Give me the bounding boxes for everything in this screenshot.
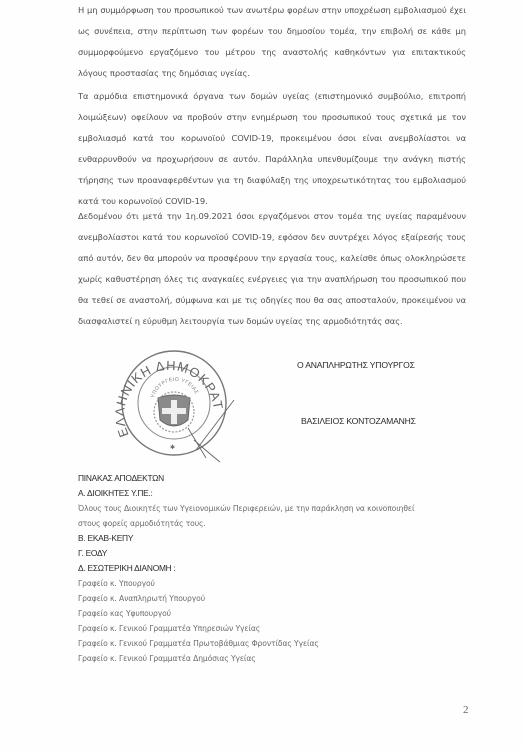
recipients-section-a-text: Όλους τους Διοικητές των Υγειονομικών Πε… <box>78 501 478 516</box>
recipients-section-c: Γ. ΕΟΔΥ <box>78 546 478 561</box>
page-number: 2 <box>463 704 469 716</box>
paragraph-text: Δεδομένου ότι μετά την 1η.09.2021 όσοι ε… <box>78 206 466 332</box>
paragraph-noncompliance: Η μη συμμόρφωση του προσωπικού των ανωτέ… <box>78 0 466 84</box>
list-item: Γραφείο κ. Αναπληρωτή Υπουργού <box>78 591 478 606</box>
list-item: Γραφείο κ. Γενικού Γραμματέα Δημόσιας Υγ… <box>78 651 478 666</box>
list-item: Γραφείο κ. Γενικού Γραμματέα Πρωτοβάθμια… <box>78 636 478 651</box>
recipients-section-d: Δ. ΕΣΩΤΕΡΙΚΗ ΔΙΑΝΟΜΗ : <box>78 561 478 576</box>
paragraph-text: Τα αρμόδια επιστημονικά όργανα των δομών… <box>78 86 466 212</box>
recipients-heading: ΠΙΝΑΚΑΣ ΑΠΟΔΕΚΤΩΝ <box>78 471 478 486</box>
document-page: Η μη συμμόρφωση του προσωπικού των ανωτέ… <box>0 0 523 750</box>
paragraph-text: Η μη συμμόρφωση του προσωπικού των ανωτέ… <box>78 0 466 84</box>
signatory-title: Ο ΑΝΑΠΛΗΡΩΤΗΣ ΥΠΟΥΡΓΟΣ <box>297 360 415 370</box>
recipients-section-a-text: στους φορείς αρμοδιότητάς τους. <box>78 516 478 531</box>
paragraph-scientific-bodies: Τα αρμόδια επιστημονικά όργανα των δομών… <box>78 86 466 212</box>
recipients-list: ΠΙΝΑΚΑΣ ΑΠΟΔΕΚΤΩΝ Α. ΔΙΟΙΚΗΤΕΣ Υ.ΠΕ.: Όλ… <box>78 471 478 666</box>
list-item: Γραφείο κ. Υπουργού <box>78 576 478 591</box>
recipients-section-b: Β. ΕΚΑΒ-ΚΕΠΥ <box>78 531 478 546</box>
svg-text:✱: ✱ <box>170 444 175 451</box>
list-item: Γραφείο κ. Γενικού Γραμματέα Υπηρεσιών Υ… <box>78 621 478 636</box>
official-seal-icon: ΕΛΛΗΝΙΚΗ ΔΗΜΟΚΡΑΤΙΑ ΥΠΟΥΡΓΕΙΟ ΥΓΕΙΑΣ ✱ <box>96 340 236 465</box>
paragraph-replacement: Δεδομένου ότι μετά την 1η.09.2021 όσοι ε… <box>78 206 466 332</box>
signatory-name: ΒΑΣΙΛΕΙΟΣ ΚΟΝΤΟΖΑΜΑΝΗΣ <box>301 416 416 426</box>
list-item: Γραφείο κας Υφυπουργού <box>78 606 478 621</box>
recipients-section-a: Α. ΔΙΟΙΚΗΤΕΣ Υ.ΠΕ.: <box>78 486 478 501</box>
svg-text:ΕΛΛΗΝΙΚΗ ΔΗΜΟΚΡΑΤΙΑ: ΕΛΛΗΝΙΚΗ ΔΗΜΟΚΡΑΤΙΑ <box>96 340 226 439</box>
